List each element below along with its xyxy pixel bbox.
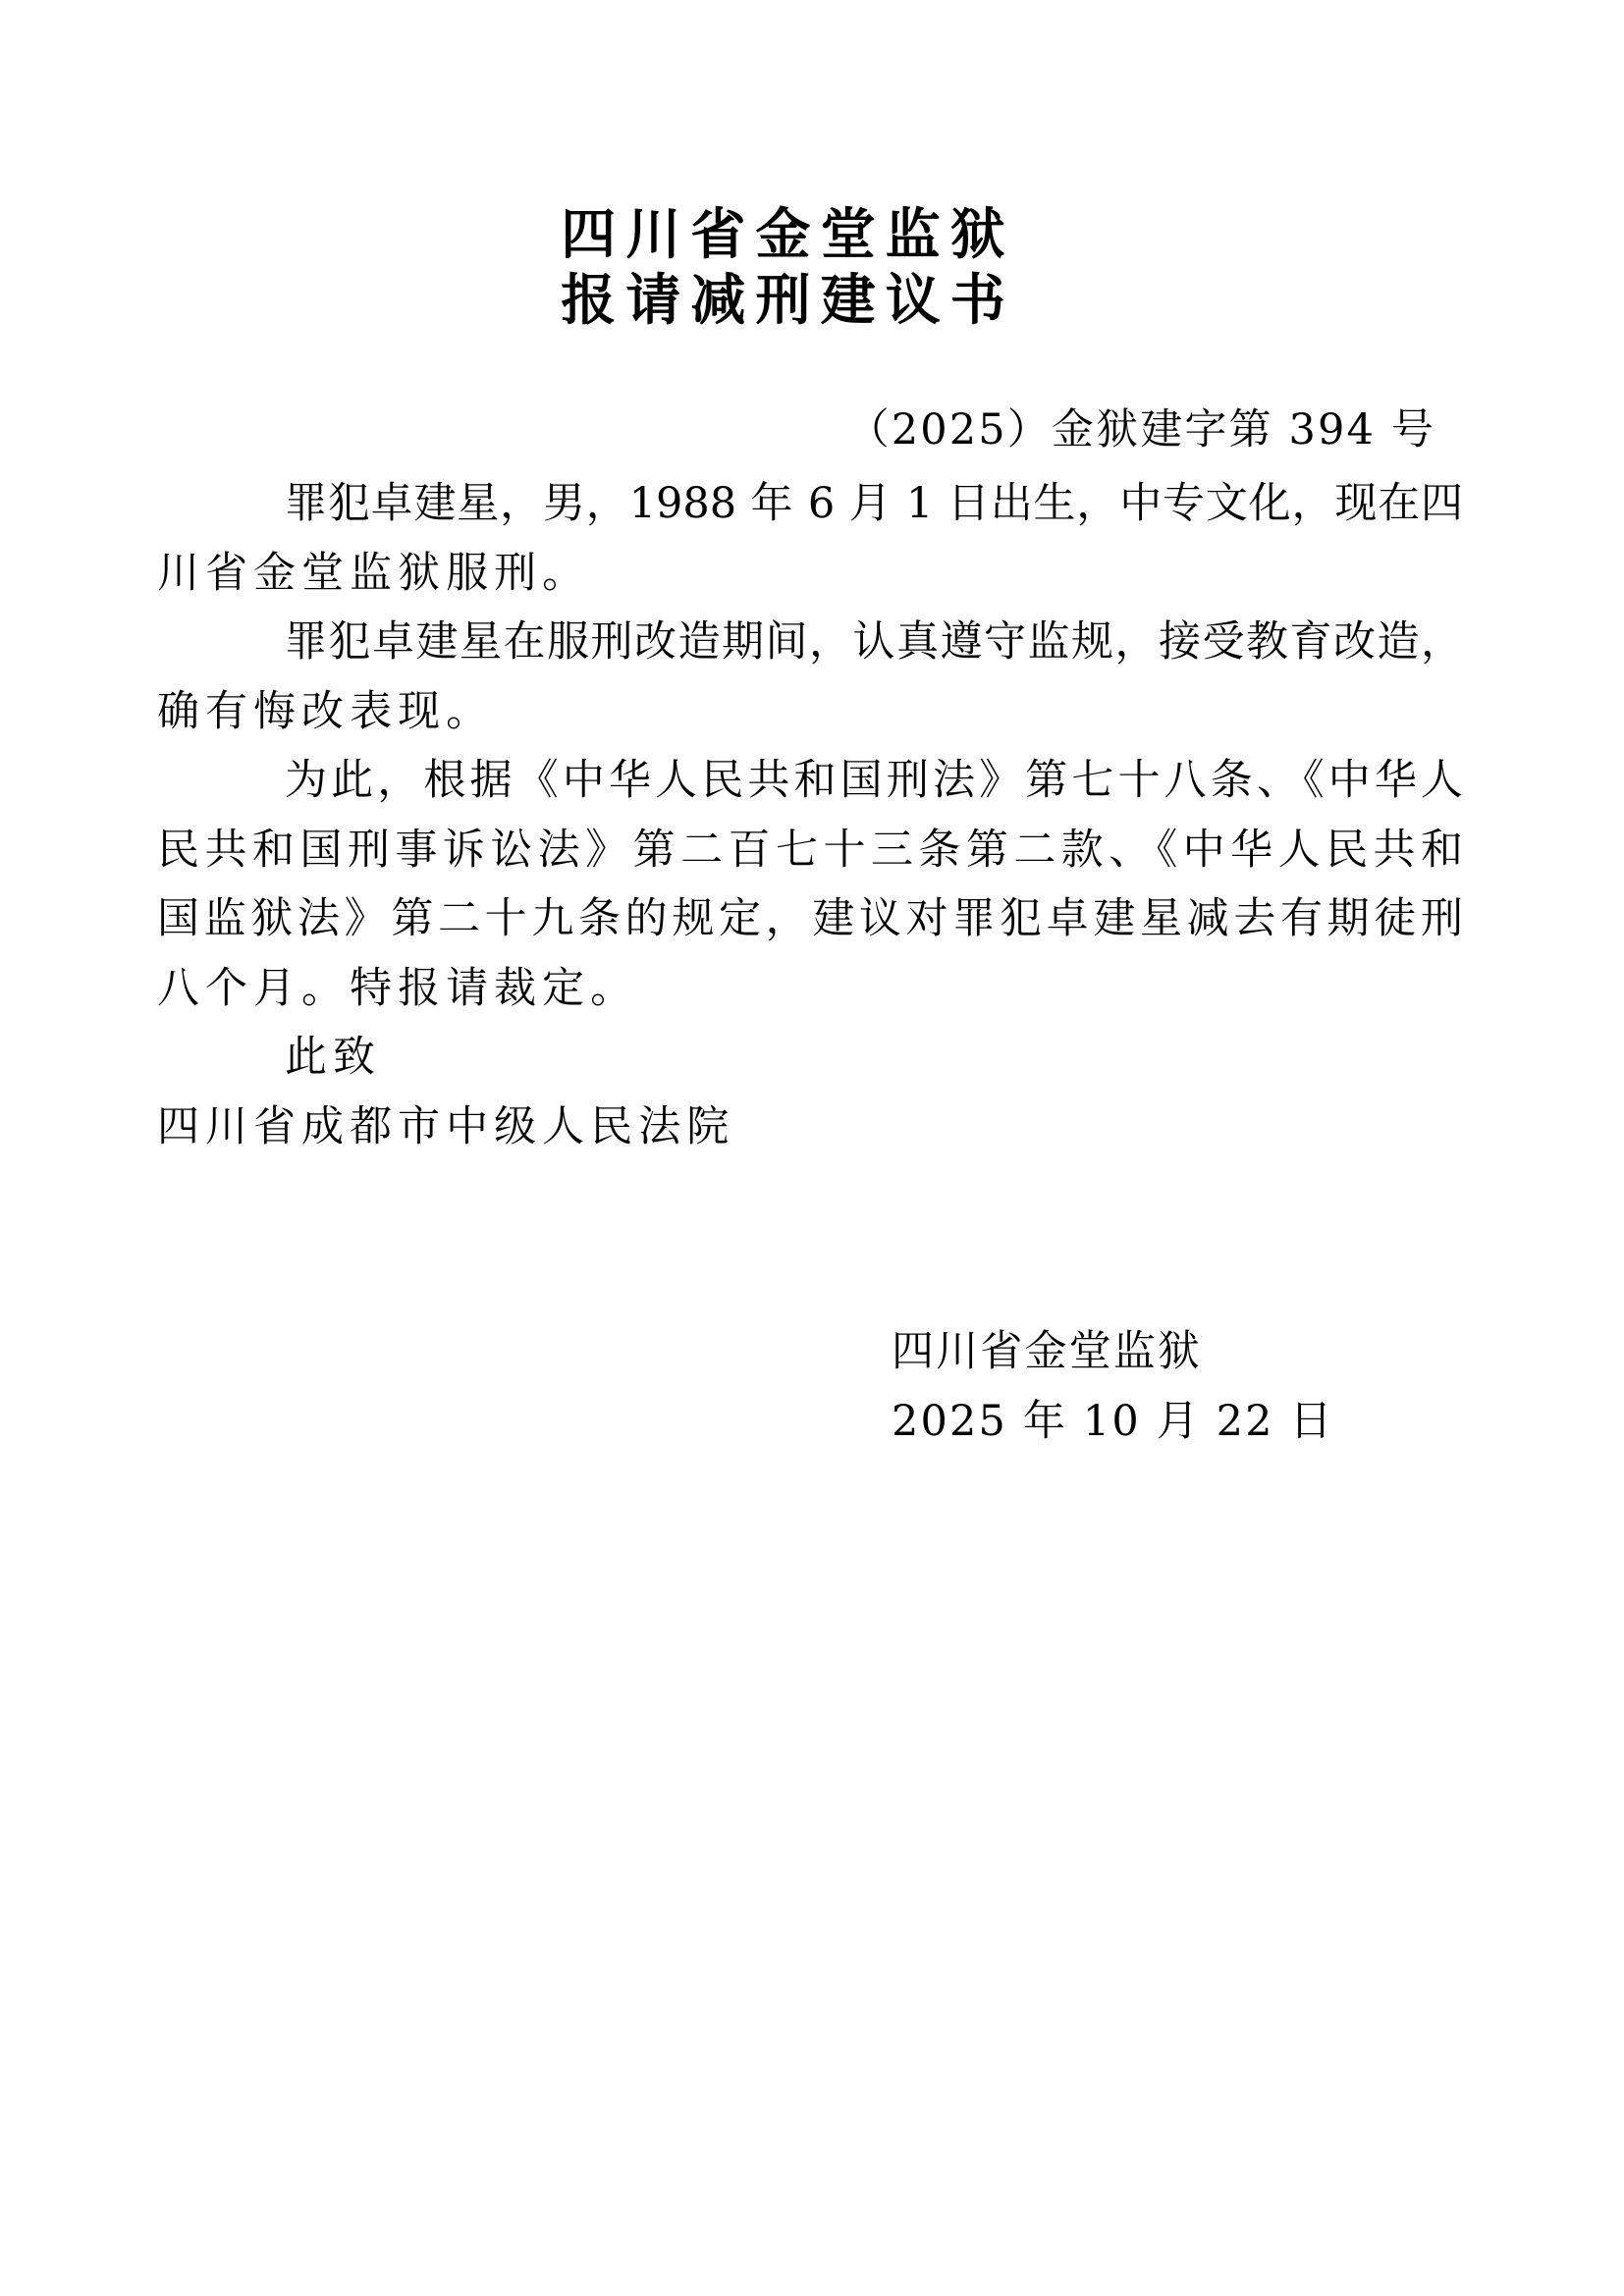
signature-date: 2025 年 10 月 22 日 bbox=[892, 1387, 1463, 1457]
body-line: 民共和国刑事诉讼法》第二百七十三条第二款、《中华人民共和 bbox=[157, 816, 1463, 885]
signature-block: 四川省金堂监狱 2025 年 10 月 22 日 bbox=[157, 1317, 1463, 1456]
closing-salute-line: 此致 bbox=[157, 1023, 1463, 1093]
body-line: 罪犯卓建星在服刑改造期间，认真遵守监规，接受教育改造， bbox=[157, 608, 1463, 677]
body-line: 罪犯卓建星，男，1988 年 6 月 1 日出生，中专文化，现在四 bbox=[157, 469, 1463, 539]
body-line: 确有悔改表现。 bbox=[157, 677, 1463, 747]
body-line: 八个月。特报请裁定。 bbox=[157, 954, 1463, 1024]
document-content: 四川省金堂监狱 报请减刑建议书 （2025）金狱建字第 394 号 罪犯卓建星，… bbox=[157, 0, 1463, 1456]
document-number: （2025）金狱建字第 394 号 bbox=[157, 406, 1463, 454]
body-line: 川省金堂监狱服刑。 bbox=[157, 539, 1463, 609]
signature-org: 四川省金堂监狱 bbox=[892, 1317, 1463, 1387]
body-text: 罪犯卓建星，男，1988 年 6 月 1 日出生，中专文化，现在四 川省金堂监狱… bbox=[157, 469, 1463, 1161]
body-line: 为此，根据《中华人民共和国刑法》第七十八条、《中华人 bbox=[157, 746, 1463, 816]
document-page: 四川省金堂监狱 报请减刑建议书 （2025）金狱建字第 394 号 罪犯卓建星，… bbox=[0, 0, 1624, 2296]
title-line-2: 报请减刑建议书 bbox=[157, 268, 1409, 334]
document-title: 四川省金堂监狱 报请减刑建议书 bbox=[157, 202, 1463, 334]
body-line: 国监狱法》第二十九条的规定，建议对罪犯卓建星减去有期徒刑 bbox=[157, 884, 1463, 954]
addressee-court-line: 四川省成都市中级人民法院 bbox=[157, 1093, 1463, 1162]
title-line-1: 四川省金堂监狱 bbox=[157, 202, 1409, 268]
